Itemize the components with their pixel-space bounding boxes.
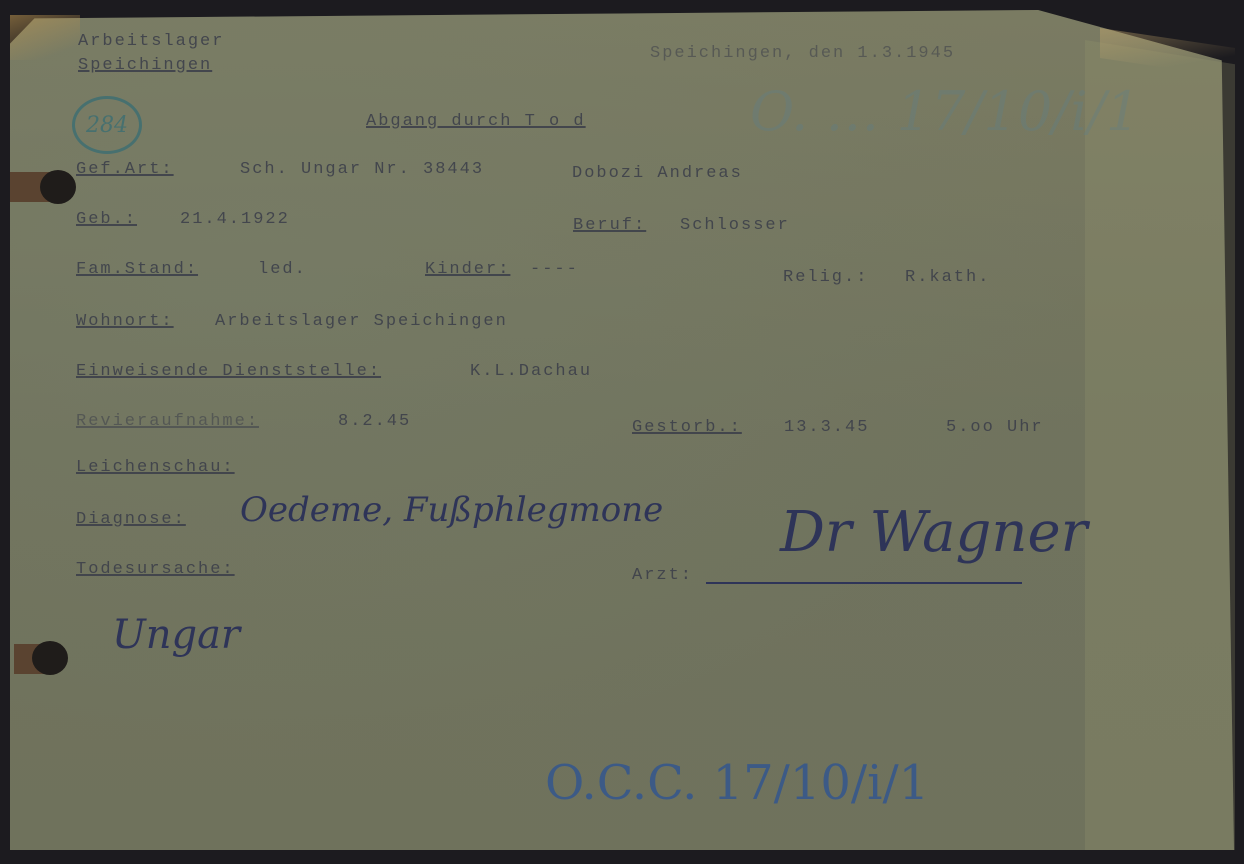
- fam-stand-value: led.: [258, 260, 307, 279]
- gestorben-label: Gestorb.:: [632, 418, 742, 437]
- place-date: Speichingen, den 1.3.1945: [650, 44, 955, 63]
- gestorben-date: 13.3.45: [784, 418, 869, 437]
- paper-edge-strip: [1085, 40, 1235, 850]
- kinder-label: Kinder:: [425, 260, 510, 279]
- wohnort-value: Arbeitslager Speichingen: [215, 312, 508, 331]
- doctor-signature: Dr Wagner: [780, 500, 1087, 565]
- todesursache-label: Todesursache:: [76, 560, 235, 579]
- diagnose-handwritten: Oedeme, Fußphlegmone: [240, 490, 663, 530]
- prisoner-name: Dobozi Andreas: [572, 164, 743, 183]
- einweisende-label: Einweisende Dienststelle:: [76, 362, 381, 381]
- relig-value: R.kath.: [905, 268, 990, 287]
- beruf-value: Schlosser: [680, 216, 790, 235]
- beruf-label: Beruf:: [573, 216, 646, 235]
- arzt-label: Arzt:: [632, 566, 693, 585]
- punch-hole-icon: [32, 641, 68, 675]
- signature-line: [706, 582, 1022, 584]
- einweisende-value: K.L.Dachau: [470, 362, 592, 381]
- camp-location: Speichingen: [78, 56, 212, 75]
- paper-stain: [10, 15, 80, 60]
- gef-art-value: Sch. Ungar Nr. 38443: [240, 160, 484, 179]
- gestorben-time: 5.oo Uhr: [946, 418, 1044, 437]
- punch-hole-icon: [40, 170, 76, 204]
- revier-value: 8.2.45: [338, 412, 411, 431]
- fam-stand-label: Fam.Stand:: [76, 260, 198, 279]
- relig-label: Relig.:: [783, 268, 868, 287]
- geb-value: 21.4.1922: [180, 210, 290, 229]
- faded-handwriting: O. … 17/10/i/1: [750, 80, 1140, 143]
- number-stamp: 284: [72, 96, 142, 154]
- camp-name: Arbeitslager: [78, 32, 224, 51]
- reference-code: O.C.C. 17/10/i/1: [545, 755, 929, 811]
- document-title: Abgang durch T o d: [366, 112, 586, 131]
- wohnort-label: Wohnort:: [76, 312, 174, 331]
- gef-art-label: Gef.Art:: [76, 160, 174, 179]
- revier-label: Revieraufnahme:: [76, 412, 259, 431]
- diagnose-label: Diagnose:: [76, 510, 186, 529]
- kinder-value: ----: [530, 260, 579, 279]
- handwritten-note: Ungar: [112, 612, 240, 658]
- leichenschau-label: Leichenschau:: [76, 458, 235, 477]
- geb-label: Geb.:: [76, 210, 137, 229]
